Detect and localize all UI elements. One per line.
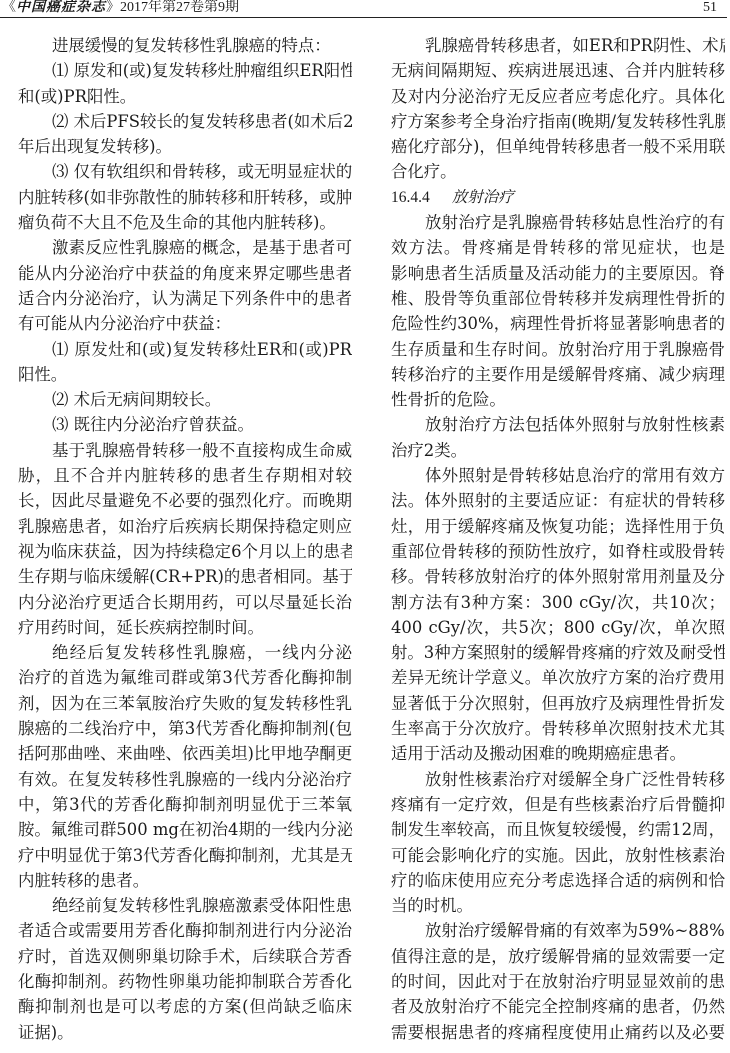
text-line: 视为临床获益，因为持续稳定6个月以上的患者 — [18, 539, 352, 564]
section-number: 16.4.4 — [391, 189, 430, 206]
text-line: 瘤负荷不大且不危及生命的其他内脏转移)。 — [18, 210, 352, 235]
text-line: 当的时机。 — [391, 893, 725, 918]
section-heading: 16.4.4放射治疗 — [391, 185, 725, 210]
text-line: 括阿那曲唑、来曲唑、依西美坦)比甲地孕酮更 — [18, 741, 352, 766]
text-line: 适用于活动及搬动困难的晚期癌症患者。 — [391, 741, 725, 766]
text-line: 放射治疗方法包括体外照射与放射性核素 — [391, 412, 725, 437]
text-line: 化酶抑制剂。药物性卵巢功能抑制联合芳香化 — [18, 969, 352, 994]
text-line: 生存质量和生存时间。放射治疗用于乳腺癌骨 — [391, 337, 725, 362]
text-line: 的时间，因此对于在放射治疗明显显效前的患 — [391, 969, 725, 994]
journal-issue: 2017年第27卷第9期 — [120, 0, 239, 15]
text-line: 绝经后复发转移性乳腺癌，一线内分泌 — [18, 640, 352, 665]
text-line: 疗用药时间，延长疾病控制时间。 — [18, 615, 352, 640]
text-line: 酶抑制剂也是可以考虑的方案(但尚缺乏临床 — [18, 994, 352, 1019]
text-line: 制发生率较高，而且恢复较缓慢，约需12周， — [391, 817, 725, 842]
section-title: 放射治疗 — [452, 188, 514, 206]
left-column: 进展缓慢的复发转移性乳腺癌的特点：⑴ 原发和(或)复发转移灶肿瘤组织ER阳性和(… — [18, 33, 352, 1045]
text-line: 乳腺癌骨转移患者，如ER和PR阴性、术后 — [391, 33, 725, 58]
text-line: 疗中明显优于第3代芳香化酶抑制剂，尤其是无 — [18, 843, 352, 868]
page-number: 51 — [703, 0, 717, 16]
text-line: 治疗的首选为氟维司群或第3代芳香化酶抑制 — [18, 665, 352, 690]
journal-name: 中国癌症杂志 — [16, 0, 106, 15]
right-column: 乳腺癌骨转移患者，如ER和PR阴性、术后无病间隔期短、疾病进展迅速、合并内脏转移… — [391, 33, 725, 1045]
text-line: 灶，用于缓解疼痛及恢复功能；选择性用于负 — [391, 514, 725, 539]
text-line: 阳性。 — [18, 362, 352, 387]
text-line: 放射治疗缓解骨痛的有效率为59%~88%。 — [391, 918, 725, 943]
text-line: 效方法。骨疼痛是骨转移的常见症状，也是 — [391, 235, 725, 260]
text-line: 疗时，首选双侧卵巢切除手术，后续联合芳香 — [18, 944, 352, 969]
text-line: 基于乳腺癌骨转移一般不直接构成生命威 — [18, 438, 352, 463]
text-line: 胁，且不合并内脏转移的患者生存期相对较 — [18, 463, 352, 488]
text-line: 有效。在复发转移性乳腺癌的一线内分泌治疗 — [18, 767, 352, 792]
text-line: 胺。氟维司群500 mg在初治4期的一线内分泌治 — [18, 817, 352, 842]
text-line: ⑶ 仅有软组织和骨转移，或无明显症状的 — [18, 159, 352, 184]
text-line: 中，第3代的芳香化酶抑制剂明显优于三苯氧 — [18, 792, 352, 817]
text-line: 显著低于分次照射，但再放疗及病理性骨折发 — [391, 691, 725, 716]
text-line: 年后出现复发转移)。 — [18, 134, 352, 159]
text-line: 影响患者生活质量及活动能力的主要原因。脊 — [391, 261, 725, 286]
text-line: 危险性约30%，病理性骨折将显著影响患者的 — [391, 311, 725, 336]
text-line: 有可能从内分泌治疗中获益： — [18, 311, 352, 336]
text-line: ⑴ 原发灶和(或)复发转移灶ER和(或)PR — [18, 337, 352, 362]
text-line: ⑶ 既往内分泌治疗曾获益。 — [18, 412, 352, 437]
text-line: 生存期与临床缓解(CR+PR)的患者相同。基于 — [18, 564, 352, 589]
text-line: 长，因此尽量避免不必要的强烈化疗。而晚期 — [18, 488, 352, 513]
running-header: 《中国癌症杂志》2017年第27卷第9期 51 — [0, 0, 727, 18]
text-line: 内脏转移的患者。 — [18, 868, 352, 893]
text-line: 放射治疗是乳腺癌骨转移姑息性治疗的有 — [391, 210, 725, 235]
text-line: 内分泌治疗更适合长期用药，可以尽量延长治 — [18, 590, 352, 615]
text-line: 治疗2类。 — [391, 438, 725, 463]
text-line: 400 cGy/次，共5次；800 cGy/次，单次照 — [391, 615, 725, 640]
text-line: 内脏转移(如非弥散性的肺转移和肝转移，或肿 — [18, 185, 352, 210]
text-line: 进展缓慢的复发转移性乳腺癌的特点： — [18, 33, 352, 58]
text-line: 和(或)PR阳性。 — [18, 84, 352, 109]
journal-bracket-close: 》 — [106, 0, 120, 15]
text-line: 能从内分泌治疗中获益的角度来界定哪些患者 — [18, 261, 352, 286]
text-line: 腺癌的二线治疗中，第3代芳香化酶抑制剂(包 — [18, 716, 352, 741]
text-line: ⑴ 原发和(或)复发转移灶肿瘤组织ER阳性 — [18, 58, 352, 83]
text-line: 生率高于分次放疗。骨转移单次照射技术尤其 — [391, 716, 725, 741]
text-line: 重部位骨转移的预防性放疗，如脊柱或股骨转 — [391, 539, 725, 564]
text-line: 可能会影响化疗的实施。因此，放射性核素治 — [391, 843, 725, 868]
text-line: 疗的临床使用应充分考虑选择合适的病例和恰 — [391, 868, 725, 893]
text-line: 证据)。 — [18, 1020, 352, 1045]
text-line: 割方法有3种方案：300 cGy/次，共10次； — [391, 590, 725, 615]
text-line: 乳腺癌患者，如治疗后疾病长期保持稳定则应 — [18, 514, 352, 539]
text-line: 差异无统计学意义。单次放疗方案的治疗费用 — [391, 665, 725, 690]
text-line: 射。3种方案照射的缓解骨疼痛的疗效及耐受性 — [391, 640, 725, 665]
text-line: ⑵ 术后PFS较长的复发转移患者(如术后2 — [18, 109, 352, 134]
text-line: 激素反应性乳腺癌的概念，是基于患者可 — [18, 235, 352, 260]
journal-citation: 《中国癌症杂志》2017年第27卷第9期 — [2, 0, 239, 16]
text-line: 法。体外照射的主要适应证：有症状的骨转移 — [391, 488, 725, 513]
text-line: 合化疗。 — [391, 159, 725, 184]
text-line: 疼痛有一定疗效，但是有些核素治疗后骨髓抑 — [391, 792, 725, 817]
text-line: 癌化疗部分)，但单纯骨转移患者一般不采用联 — [391, 134, 725, 159]
text-line: 绝经前复发转移性乳腺癌激素受体阳性患 — [18, 893, 352, 918]
text-line: 转移治疗的主要作用是缓解骨疼痛、减少病理 — [391, 362, 725, 387]
text-line: 放射性核素治疗对缓解全身广泛性骨转移 — [391, 767, 725, 792]
text-line: 适合内分泌治疗，认为满足下列条件中的患者 — [18, 286, 352, 311]
text-line: 者适合或需要用芳香化酶抑制剂进行内分泌治 — [18, 918, 352, 943]
text-line: 移。骨转移放射治疗的体外照射常用剂量及分 — [391, 564, 725, 589]
text-line: 及对内分泌治疗无反应者应考虑化疗。具体化 — [391, 84, 725, 109]
text-line: 值得注意的是，放疗缓解骨痛的显效需要一定 — [391, 944, 725, 969]
text-line: 需要根据患者的疼痛程度使用止痛药以及必要 — [391, 1020, 725, 1045]
text-line: 剂，因为在三苯氧胺治疗失败的复发转移性乳 — [18, 691, 352, 716]
text-line: 疗方案参考全身治疗指南(晚期/复发转移性乳腺 — [391, 109, 725, 134]
text-line: 者及放射治疗不能完全控制疼痛的患者，仍然 — [391, 994, 725, 1019]
journal-bracket-open: 《 — [2, 0, 16, 15]
text-line: 椎、股骨等负重部位骨转移并发病理性骨折的 — [391, 286, 725, 311]
text-line: ⑵ 术后无病间期较长。 — [18, 387, 352, 412]
text-line: 性骨折的危险。 — [391, 387, 725, 412]
text-line: 体外照射是骨转移姑息治疗的常用有效方 — [391, 463, 725, 488]
text-line: 无病间隔期短、疾病进展迅速、合并内脏转移 — [391, 58, 725, 83]
